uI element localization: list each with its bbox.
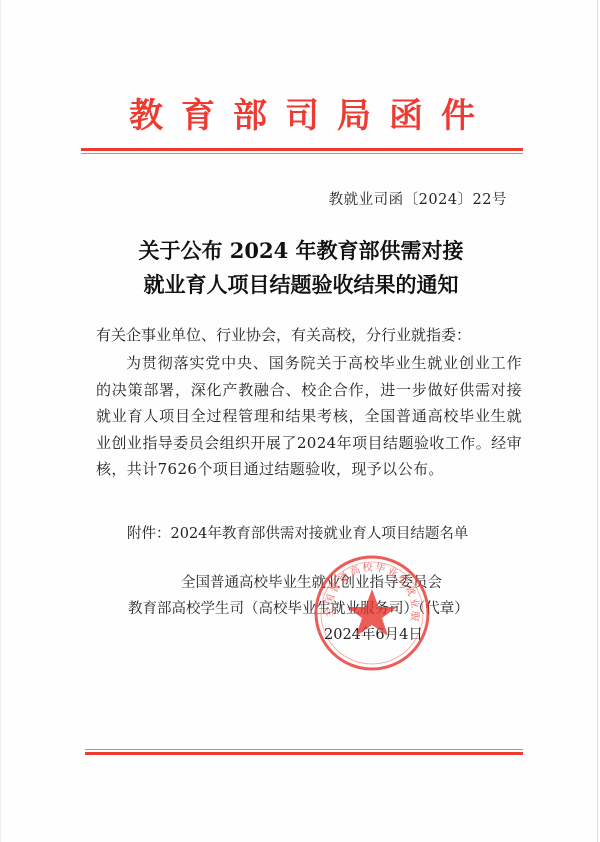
official-seal-icon: 全国普通高校毕业生就业服务司 [312,553,432,673]
document-number: 教就业司函〔2024〕22号 [329,188,507,209]
divider-thin-line [85,749,523,750]
divider-thick-line [81,148,523,151]
body-paragraph: 为贯彻落实党中央、国务院关于高校毕业生就业创业工作的决策部署，深化产教融合、校企… [96,350,522,483]
footer-divider [85,749,523,755]
document-title: 关于公布 2024 年教育部供需对接 就业育人项目结题验收结果的通知 [1,234,600,302]
title-line-1: 关于公布 2024 年教育部供需对接 [1,234,600,268]
divider-thick-line [85,752,523,755]
title-line-2: 就业育人项目结题验收结果的通知 [1,268,600,302]
attachment-note: 附件：2024年教育部供需对接就业育人项目结题名单 [127,522,468,546]
document-page: 教育部司局函件 教就业司函〔2024〕22号 关于公布 2024 年教育部供需对… [0,0,598,842]
masthead-divider [81,148,523,154]
salutation: 有关企事业单位、行业协会，有关高校，分行业就指委： [96,322,471,348]
masthead-title: 教育部司局函件 [1,96,600,136]
divider-thin-line [81,153,523,154]
